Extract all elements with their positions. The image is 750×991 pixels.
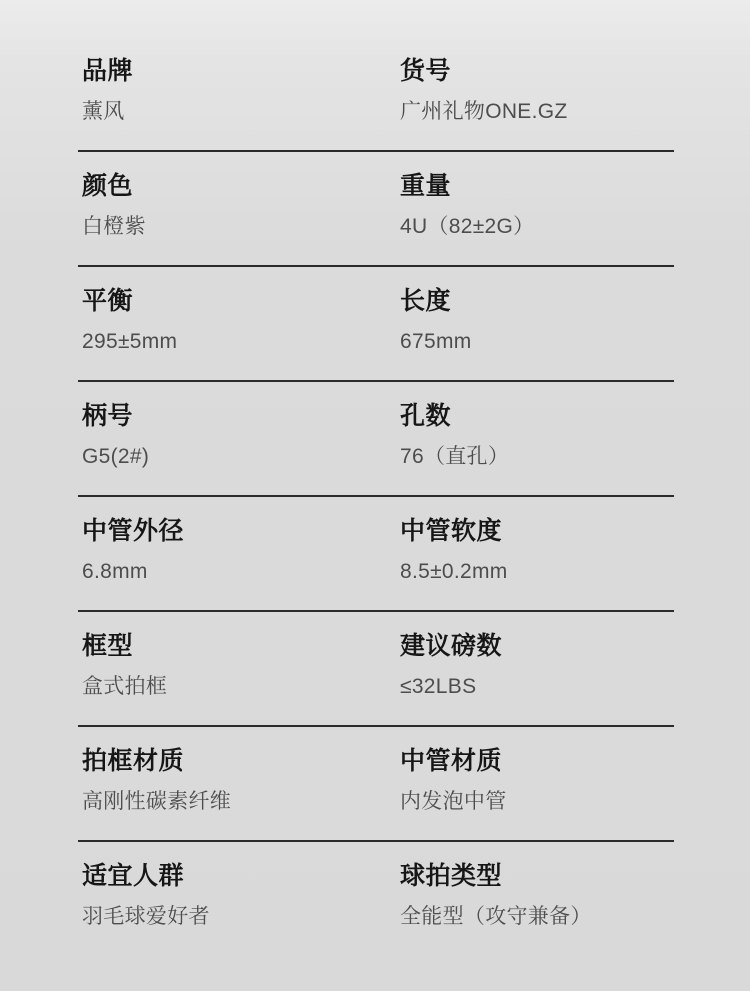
spec-value: 羽毛球爱好者 [82,905,396,929]
spec-value: 8.5±0.2mm [400,560,674,584]
spec-label: 中管外径 [82,518,396,545]
spec-value: 全能型（攻守兼备） [400,905,674,929]
spec-value: 4U（82±2G） [400,215,674,239]
spec-label: 柄号 [82,403,396,430]
spec-cell-right: 球拍类型 全能型（攻守兼备） [396,863,674,929]
spec-row: 平衡 295±5mm 长度 675mm [78,267,674,382]
spec-table: 品牌 薰风 货号 广州礼物ONE.GZ 颜色 白橙紫 重量 4U（82±2G） … [78,37,674,957]
spec-cell-right: 建议磅数 ≤32LBS [396,633,674,699]
spec-cell-right: 货号 广州礼物ONE.GZ [396,58,674,124]
spec-value: 薰风 [82,100,396,124]
spec-value: 盒式拍框 [82,675,396,699]
spec-label: 平衡 [82,288,396,315]
spec-value: ≤32LBS [400,675,674,699]
spec-value: G5(2#) [82,445,396,469]
spec-row: 品牌 薰风 货号 广州礼物ONE.GZ [78,37,674,152]
spec-label: 重量 [400,173,674,200]
spec-value: 内发泡中管 [400,790,674,814]
spec-row: 框型 盒式拍框 建议磅数 ≤32LBS [78,612,674,727]
spec-label: 中管软度 [400,518,674,545]
spec-label: 建议磅数 [400,633,674,660]
spec-label: 适宜人群 [82,863,396,890]
spec-value: 6.8mm [82,560,396,584]
spec-cell-right: 重量 4U（82±2G） [396,173,674,239]
spec-row: 适宜人群 羽毛球爱好者 球拍类型 全能型（攻守兼备） [78,842,674,957]
spec-label: 中管材质 [400,748,674,775]
spec-row: 中管外径 6.8mm 中管软度 8.5±0.2mm [78,497,674,612]
spec-value: 76（直孔） [400,445,674,469]
spec-cell-left: 颜色 白橙紫 [78,173,396,239]
spec-label: 颜色 [82,173,396,200]
spec-label: 货号 [400,58,674,85]
spec-row: 颜色 白橙紫 重量 4U（82±2G） [78,152,674,267]
spec-cell-left: 拍框材质 高刚性碳素纤维 [78,748,396,814]
spec-label: 品牌 [82,58,396,85]
spec-label: 长度 [400,288,674,315]
spec-value: 295±5mm [82,330,396,354]
spec-label: 球拍类型 [400,863,674,890]
spec-label: 拍框材质 [82,748,396,775]
spec-label: 框型 [82,633,396,660]
spec-cell-left: 柄号 G5(2#) [78,403,396,469]
spec-cell-right: 孔数 76（直孔） [396,403,674,469]
spec-value: 广州礼物ONE.GZ [400,100,674,124]
spec-cell-left: 品牌 薰风 [78,58,396,124]
spec-value: 675mm [400,330,674,354]
spec-cell-right: 中管软度 8.5±0.2mm [396,518,674,584]
spec-value: 白橙紫 [82,215,396,239]
spec-label: 孔数 [400,403,674,430]
spec-value: 高刚性碳素纤维 [82,790,396,814]
spec-cell-left: 适宜人群 羽毛球爱好者 [78,863,396,929]
spec-cell-right: 中管材质 内发泡中管 [396,748,674,814]
spec-cell-left: 中管外径 6.8mm [78,518,396,584]
spec-row: 拍框材质 高刚性碳素纤维 中管材质 内发泡中管 [78,727,674,842]
spec-cell-left: 平衡 295±5mm [78,288,396,354]
spec-cell-left: 框型 盒式拍框 [78,633,396,699]
spec-cell-right: 长度 675mm [396,288,674,354]
spec-row: 柄号 G5(2#) 孔数 76（直孔） [78,382,674,497]
